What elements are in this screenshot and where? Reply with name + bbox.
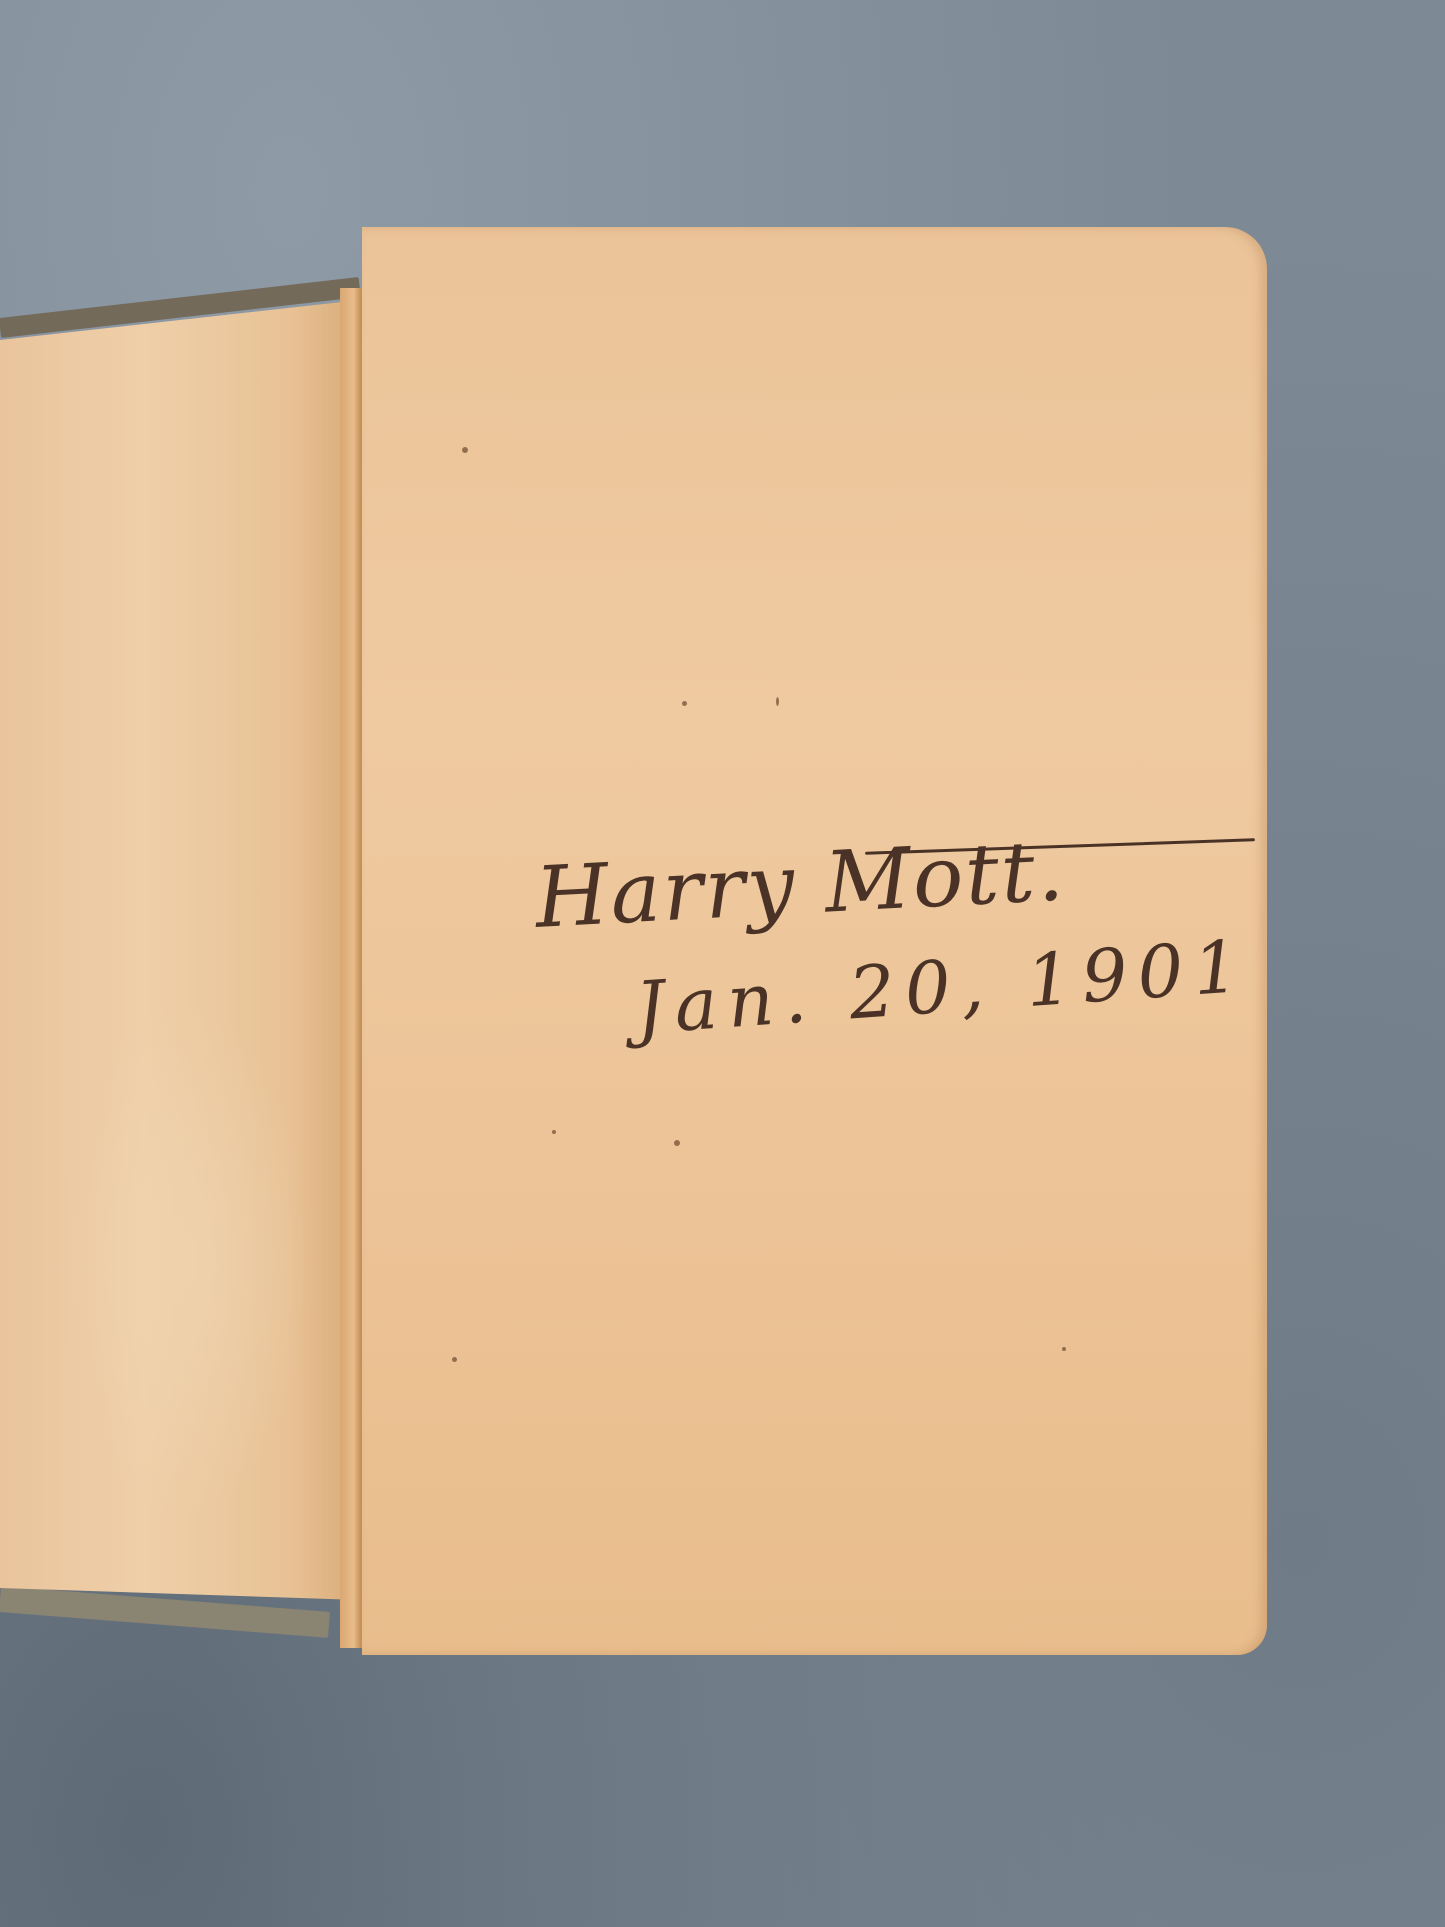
foxing-speck <box>462 447 468 453</box>
foxing-speck <box>452 1357 457 1362</box>
age-stain <box>60 1000 310 1520</box>
foxing-speck <box>552 1130 556 1134</box>
foxing-speck <box>682 701 687 706</box>
foxing-speck <box>776 697 779 706</box>
foxing-speck <box>674 1140 680 1146</box>
inscription-name: Harry Mott. <box>533 821 1068 947</box>
inscription-date: Jan. 20, 1901 <box>633 924 1252 1051</box>
foxing-speck <box>1062 1347 1066 1351</box>
handwritten-inscription: Harry Mott. Jan. 20, 1901 <box>535 835 1225 1075</box>
photo-scene: Harry Mott. Jan. 20, 1901 <box>0 0 1445 1927</box>
left-endpaper <box>0 300 360 1600</box>
